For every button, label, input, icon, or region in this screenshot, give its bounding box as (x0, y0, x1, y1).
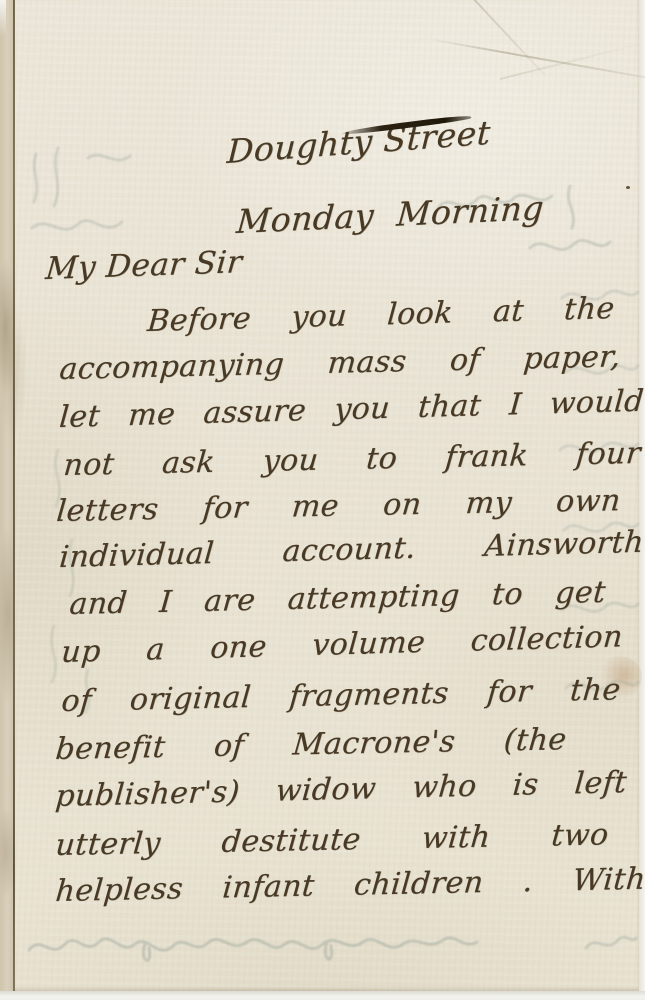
page-right-edge (639, 0, 645, 991)
page-fold-edge (0, 0, 14, 991)
page-bottom-edge (0, 991, 645, 1000)
salutation: My Dear Sir (44, 247, 200, 288)
page-fold-line (13, 0, 15, 991)
ink-speck (626, 186, 630, 189)
letter-scan: Doughty Street Monday Morning My Dear Si… (0, 0, 645, 1000)
page-corner-gap (0, 0, 6, 36)
paper-stain (2, 300, 28, 440)
